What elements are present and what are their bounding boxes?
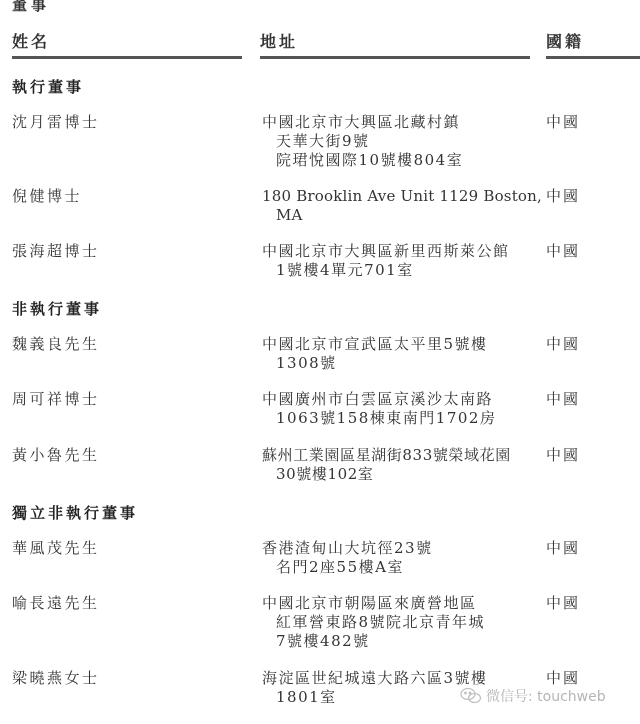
director-address: 180 Brooklin Ave Unit 1129 Boston, MA [262,187,542,225]
director-nationality: 中國 [546,539,580,558]
director-nationality: 中國 [546,335,580,354]
director-name: 喻長遠先生 [12,594,100,613]
watermark: 微信号: touchweb [460,686,606,706]
section-title-independent-non-executive-directors: 獨立非執行董事 [12,502,138,523]
director-name: 黃小魯先生 [12,446,100,465]
director-address: 中國北京市朝陽區來廣營地區 紅軍營東路8號院北京青年城 7號樓482號 [262,594,542,651]
section-title-non-executive-directors: 非執行董事 [12,298,102,319]
section-title-executive-directors: 執行董事 [12,76,84,97]
director-address: 中國廣州市白雲區京溪沙太南路 1063號158棟東南門1702房 [262,390,542,428]
director-address: 蘇州工業園區星湖街833號榮域花園 30號樓102室 [262,446,542,484]
watermark-text: 微信号: touchweb [486,686,606,706]
director-name: 沈月雷博士 [12,113,100,132]
director-name: 倪健博士 [12,187,82,206]
director-address: 中國北京市大興區新里西斯萊公館 1號樓4單元701室 [262,242,542,280]
director-name: 魏義良先生 [12,335,100,354]
director-address: 中國北京市宣武區太平里5號樓 1308號 [262,335,542,373]
director-address: 香港渣甸山大坑徑23號 名門2座55樓A室 [262,539,542,577]
wechat-icon [460,687,482,705]
director-name: 周可祥博士 [12,390,100,409]
column-header-name: 姓名 [12,30,242,59]
director-name: 華風茂先生 [12,539,100,558]
page-title-cropped: 董事 [12,0,50,15]
director-nationality: 中國 [546,446,580,465]
director-nationality: 中國 [546,187,580,206]
director-nationality: 中國 [546,390,580,409]
table-header: 姓名 地址 國籍 [0,30,640,60]
director-address: 中國北京市大興區北藏村鎮 天華大街9號 院珺悅國際10號樓804室 [262,113,542,170]
director-nationality: 中國 [546,113,580,132]
director-nationality: 中國 [546,242,580,261]
column-header-nationality: 國籍 [546,30,640,59]
column-header-address: 地址 [260,30,530,59]
director-name: 張海超博士 [12,242,100,261]
director-name: 梁曉燕女士 [12,669,100,688]
director-nationality: 中國 [546,594,580,613]
